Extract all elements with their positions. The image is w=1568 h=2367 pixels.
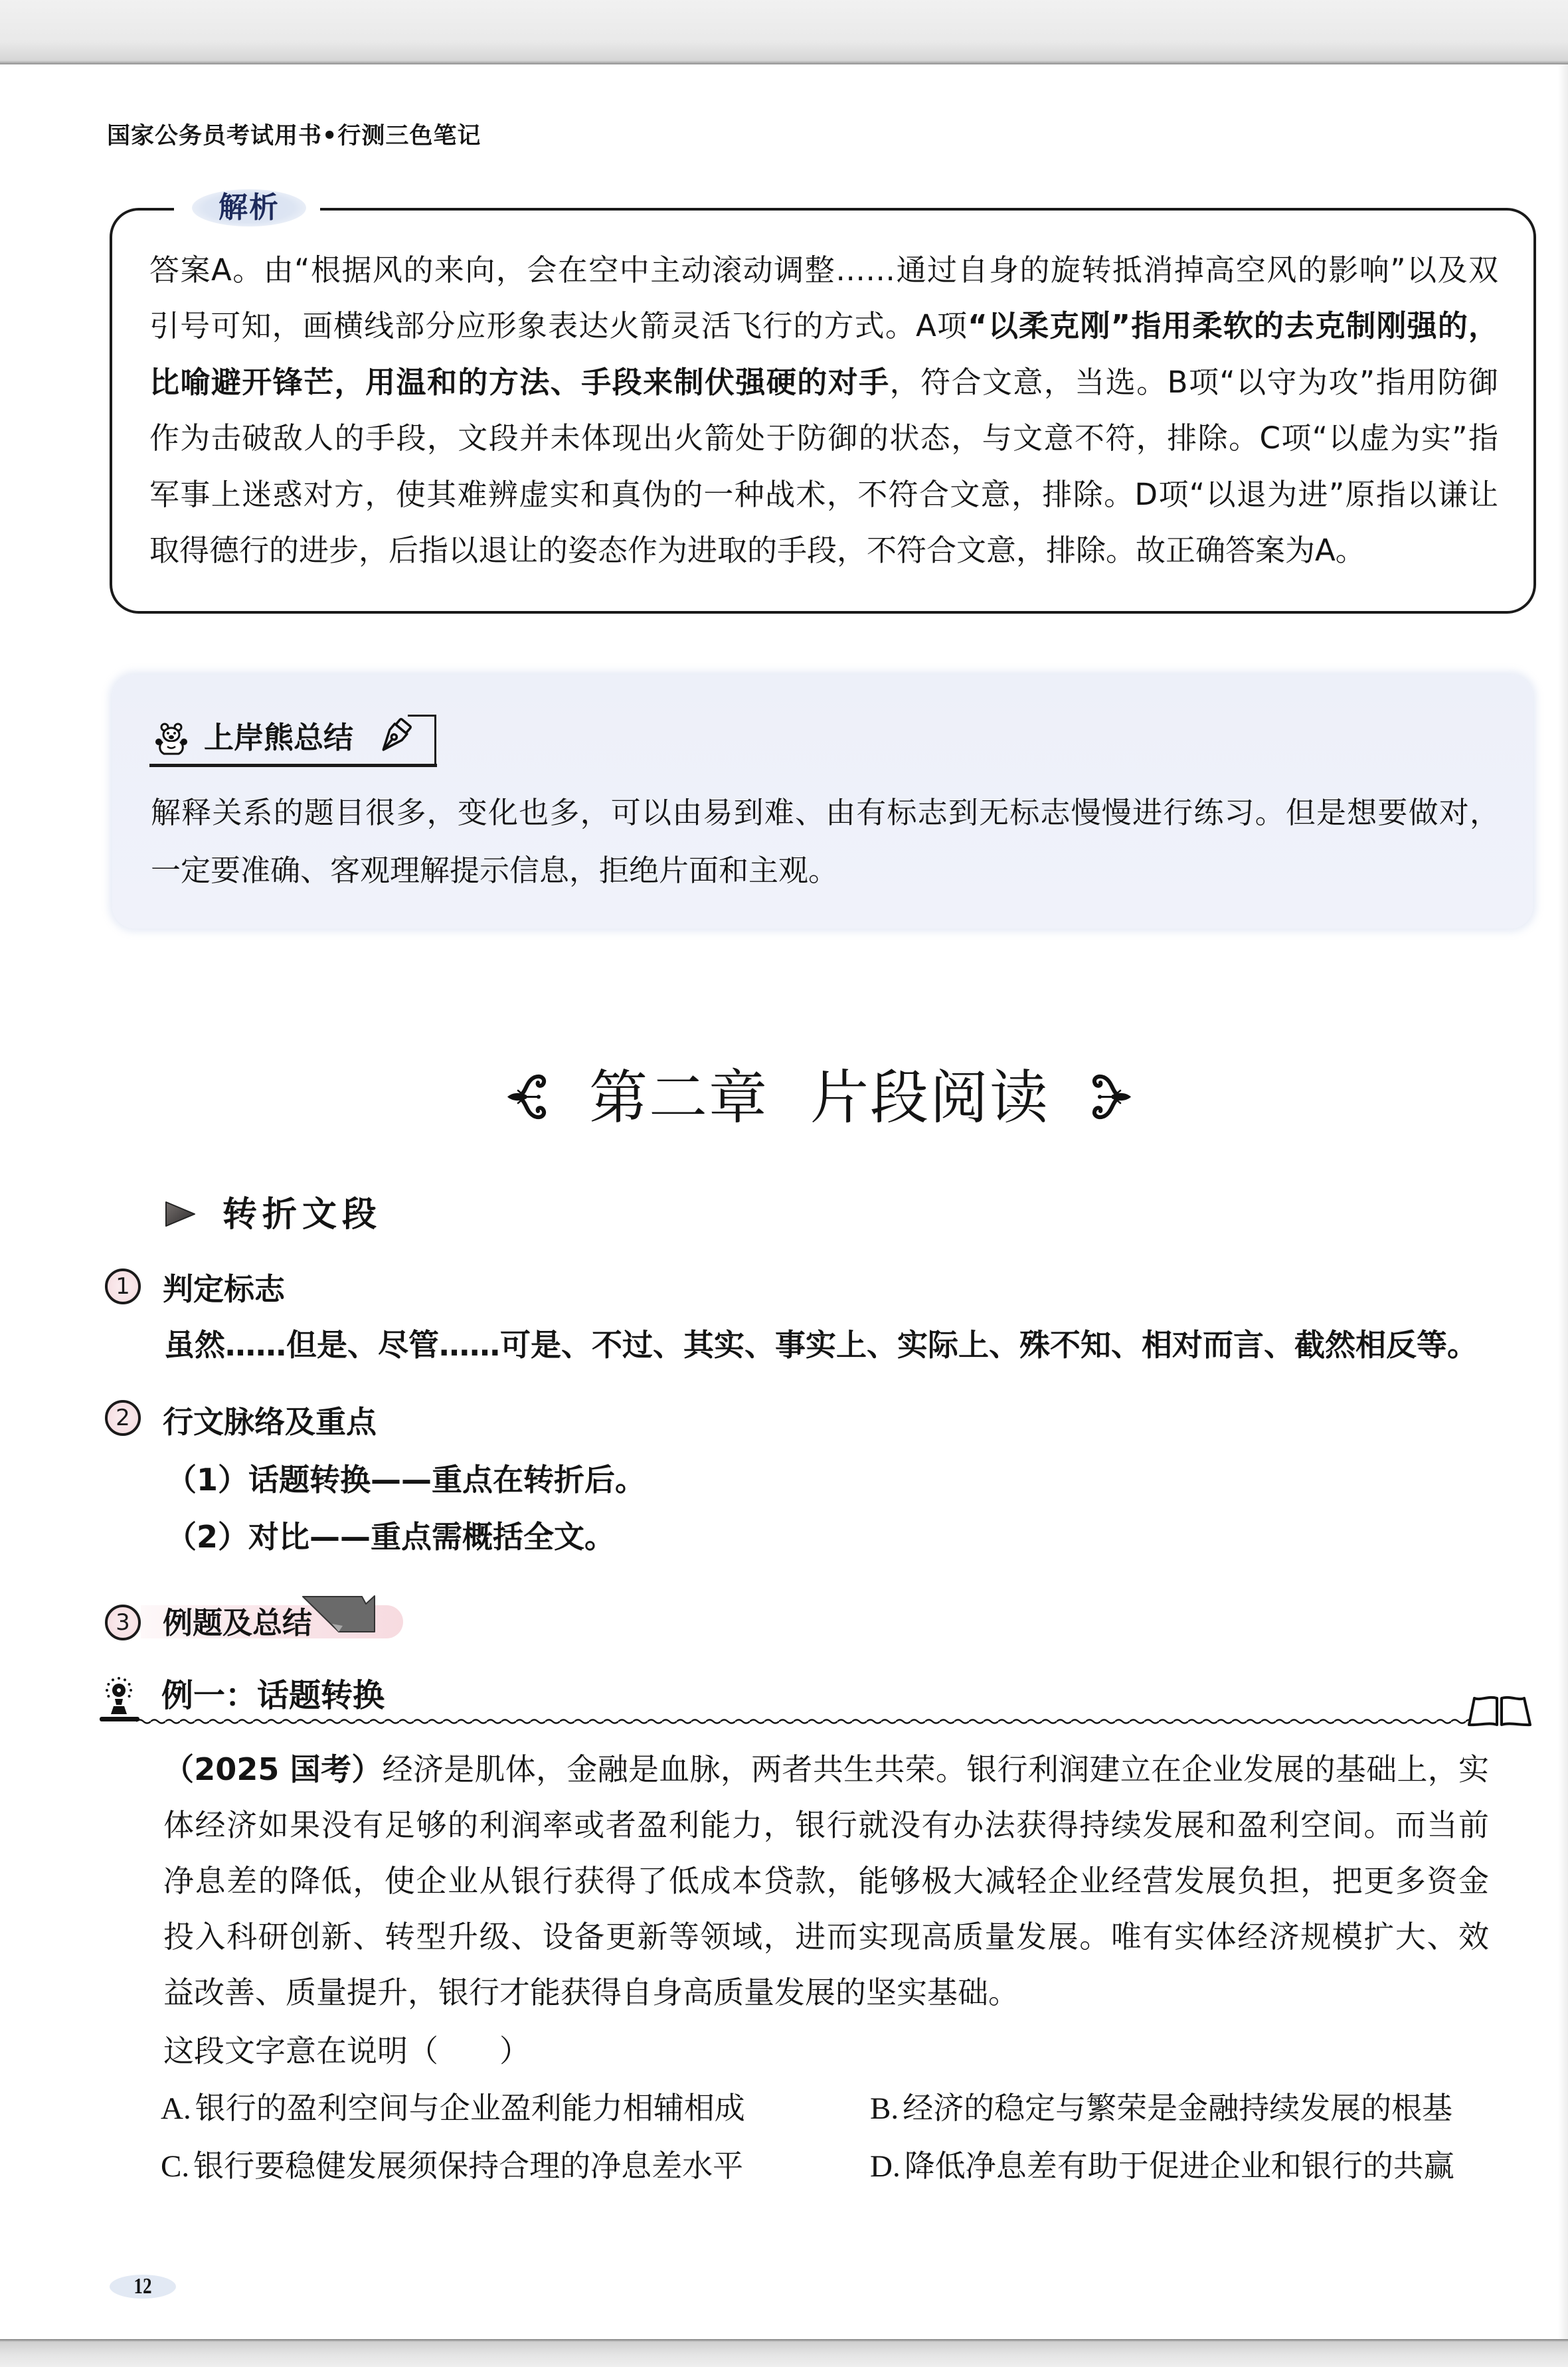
- ornament-left-icon: [507, 1073, 547, 1121]
- option-text: 银行的盈利空间与企业盈利能力相辅相成: [195, 2090, 745, 2126]
- option-letter: B.: [870, 2091, 899, 2126]
- triangle-bullet-icon: [165, 1201, 196, 1227]
- question-source: （2025 国考）: [163, 1751, 383, 1787]
- open-book-icon: [1467, 1694, 1532, 1727]
- option-letter: D.: [870, 2149, 901, 2184]
- passage-text: 经济是肌体，金融是血脉，两者共生共荣。银行利润建立在企业发展的基础上，实: [383, 1751, 1489, 1787]
- summary-title-frame: [434, 715, 436, 767]
- passage-line: （2025 国考）经济是肌体，金融是血脉，两者共生共荣。银行利润建立在企业发展的…: [163, 1741, 1489, 1797]
- structure-point: （1）话题转换——重点在转折后。: [166, 1452, 646, 1508]
- analysis-text: 军事上迷惑对方，使其难辨虚实和真伪的一种战术，不符合文意，排除。D项“以退为进”…: [149, 477, 1498, 512]
- circled-number-marker: 1: [105, 1269, 141, 1304]
- scan-right-edge: [1558, 64, 1568, 2339]
- wavy-underline: [136, 1717, 1469, 1725]
- analysis-line: 引号可知，画横线部分应形象表达火箭灵活飞行的方式。A项“以柔克刚”指用柔软的去克…: [149, 298, 1498, 354]
- option-text: 降低净息差有助于促进企业和银行的共赢: [905, 2148, 1454, 2184]
- summary-line: 一定要准确、客观理解提示信息，拒绝片面和主观。: [151, 843, 1500, 899]
- analysis-text: 取得德行的进步，后指以退让的姿态作为进取的手段，不符合文意，排除。故正确答案为A…: [149, 533, 1365, 568]
- passage-line: 净息差的降低，使企业从银行获得了低成本贷款，能够极大减轻企业经营发展负担，把更多…: [163, 1853, 1489, 1909]
- passage-line: 投入科研创新、转型升级、设备更新等领域，进而实现高质量发展。唯有实体经济规模扩大…: [163, 1909, 1489, 1965]
- item-heading: 判定标志: [163, 1261, 285, 1317]
- example-title: 例一：话题转换: [161, 1668, 385, 1723]
- folded-ribbon-icon: [301, 1595, 377, 1632]
- analysis-text: 引号可知，画横线部分应形象表达火箭灵活飞行的方式。A项: [149, 308, 968, 343]
- signal-words-list: 虽然……但是、尽管……可是、不过、其实、事实上、实际上、殊不知、相对而言、截然相…: [164, 1317, 1478, 1373]
- scan-bottom-edge: [0, 2339, 1568, 2367]
- analysis-text: ，符合文意，当选。B项“以守为攻”指用防御: [890, 365, 1498, 400]
- passage-line: 体经济如果没有足够的利润率或者盈利能力，银行就没有办法获得持续发展和盈利空间。而…: [163, 1797, 1489, 1853]
- page-number-badge: 12: [110, 2275, 176, 2299]
- bear-mascot-icon: [155, 722, 188, 756]
- ornament-right-icon: [1092, 1073, 1132, 1121]
- analysis-emphasis: 比喻避开锋芒，用温和的方法、手段来制伏强硬的对手: [149, 365, 890, 400]
- analysis-label: 解析: [192, 189, 306, 226]
- option-d: D.降低净息差有助于促进企业和银行的共赢: [870, 2138, 1454, 2194]
- option-text: 经济的稳定与繁荣是金融持续发展的根基: [903, 2090, 1452, 2126]
- analysis-line: 取得德行的进步，后指以退让的姿态作为进取的手段，不符合文意，排除。故正确答案为A…: [149, 523, 1498, 578]
- summary-title-underline: [149, 764, 437, 767]
- analysis-text: 答案A。由“根据风的来向，会在空中主动滚动调整……通过自身的旋转抵消掉高空风的影…: [149, 252, 1498, 288]
- analysis-line: 军事上迷惑对方，使其难辨虚实和真伪的一种战术，不符合文意，排除。D项“以退为进”…: [149, 467, 1498, 523]
- summary-title: 上岸熊总结: [204, 722, 353, 754]
- analysis-line: 作为击破敌人的手段，文段并未体现出火箭处于防御的状态，与文意不符，排除。C项“以…: [149, 410, 1498, 466]
- scan-top-edge: [0, 0, 1568, 64]
- lightbulb-icon: [105, 1677, 133, 1718]
- example-underline-base: [100, 1717, 139, 1721]
- option-a: A.银行的盈利空间与企业盈利能力相辅相成: [161, 2080, 745, 2136]
- option-letter: A.: [161, 2091, 191, 2126]
- option-text: 银行要稳健发展须保持合理的净息差水平: [193, 2148, 743, 2184]
- chapter-number: 第二章: [589, 1065, 768, 1131]
- item-heading: 行文脉络及重点: [163, 1394, 377, 1450]
- page-number: 12: [133, 2275, 151, 2299]
- running-header: 国家公务员考试用书•行测三色笔记: [107, 123, 481, 149]
- option-c: C.银行要稳健发展须保持合理的净息差水平: [161, 2138, 743, 2194]
- circled-number-marker: 3: [105, 1605, 141, 1640]
- item-heading: 例题及总结: [163, 1595, 312, 1651]
- option-letter: C.: [161, 2149, 189, 2184]
- section-title: 转折文段: [222, 1187, 382, 1243]
- summary-line: 解释关系的题目很多，变化也多，可以由易到难、由有标志到无标志慢慢进行练习。但是想…: [151, 785, 1500, 841]
- chapter-title: 片段阅读: [810, 1065, 1049, 1131]
- option-b: B.经济的稳定与繁荣是金融持续发展的根基: [870, 2080, 1452, 2136]
- question-stem: 这段文字意在说明（ ）: [163, 2023, 530, 2079]
- analysis-line: 答案A。由“根据风的来向，会在空中主动滚动调整……通过自身的旋转抵消掉高空风的影…: [149, 242, 1498, 298]
- pen-nib-icon: [375, 717, 414, 756]
- analysis-line: 比喻避开锋芒，用温和的方法、手段来制伏强硬的对手，符合文意，当选。B项“以守为攻…: [149, 355, 1498, 410]
- circled-number-marker: 2: [105, 1400, 141, 1436]
- passage-line: 益改善、质量提升，银行才能获得自身高质量发展的坚实基础。: [163, 1965, 1489, 2020]
- analysis-text: 作为击破敌人的手段，文段并未体现出火箭处于防御的状态，与文意不符，排除。C项“以…: [149, 420, 1498, 456]
- summary-title-frame: [408, 715, 436, 717]
- structure-point: （2）对比——重点需概括全文。: [166, 1509, 615, 1565]
- analysis-emphasis: “以柔克刚”指用柔软的去克制刚强的，: [968, 308, 1498, 343]
